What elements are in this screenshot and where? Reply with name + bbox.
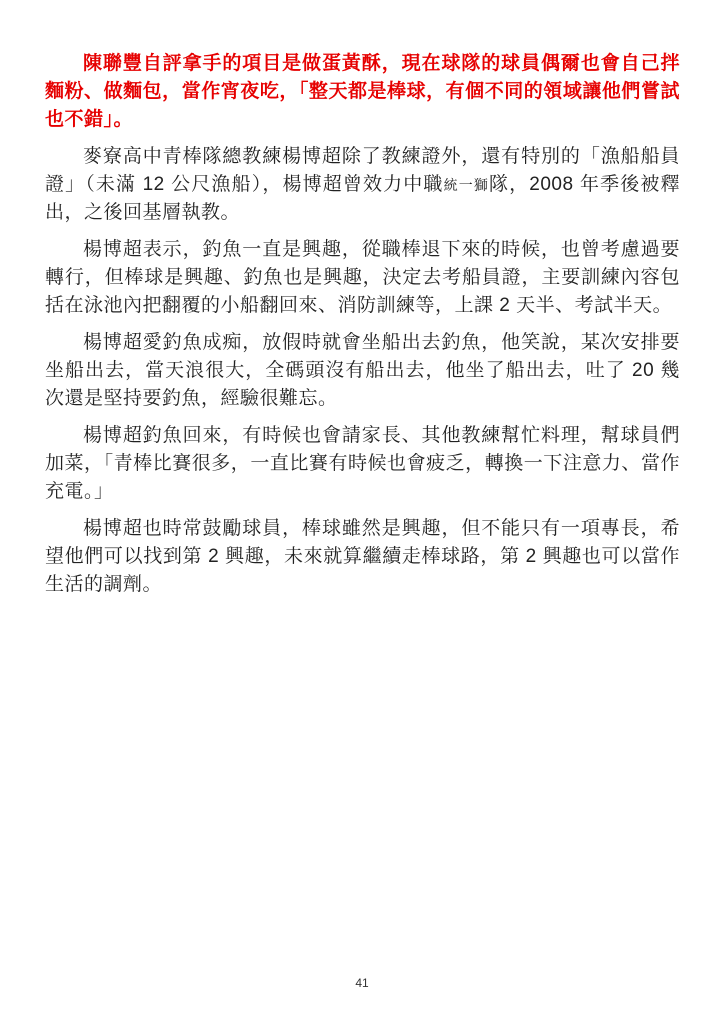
paragraph-fishing-interest: 楊博超表示，釣魚一直是興趣，從職棒退下來的時候，也曾考慮過要轉行，但棒球是興趣、… xyxy=(45,236,680,320)
paragraph-cooking: 楊博超釣魚回來，有時候也會請家長、其他教練幫忙料理，幫球員們加菜，「青棒比賽很多… xyxy=(45,422,680,506)
paragraph-coach-intro: 麥寮高中青棒隊總教練楊博超除了教練證外，還有特別的「漁船船員證」（未滿 12 公… xyxy=(45,143,680,227)
paragraph-encouragement: 楊博超也時常鼓勵球員，棒球雖然是興趣，但不能只有一項專長，希望他們可以找到第 2… xyxy=(45,515,680,599)
article-body: 陳聯豐自評拿手的項目是做蛋黃酥，現在球隊的球員偶爾也會自己拌麵粉、做麵包，當作宵… xyxy=(45,50,680,608)
paragraph-highlight-red: 陳聯豐自評拿手的項目是做蛋黃酥，現在球隊的球員偶爾也會自己拌麵粉、做麵包，當作宵… xyxy=(45,50,680,134)
page-number: 41 xyxy=(0,976,724,990)
team-name-small-text: 統一獅 xyxy=(444,177,489,193)
document-page: 陳聯豐自評拿手的項目是做蛋黃酥，現在球隊的球員偶爾也會自己拌麵粉、做麵包，當作宵… xyxy=(0,0,724,1024)
paragraph-fishing-story: 楊博超愛釣魚成痴，放假時就會坐船出去釣魚，他笑說，某次安排要坐船出去，當天浪很大… xyxy=(45,329,680,413)
